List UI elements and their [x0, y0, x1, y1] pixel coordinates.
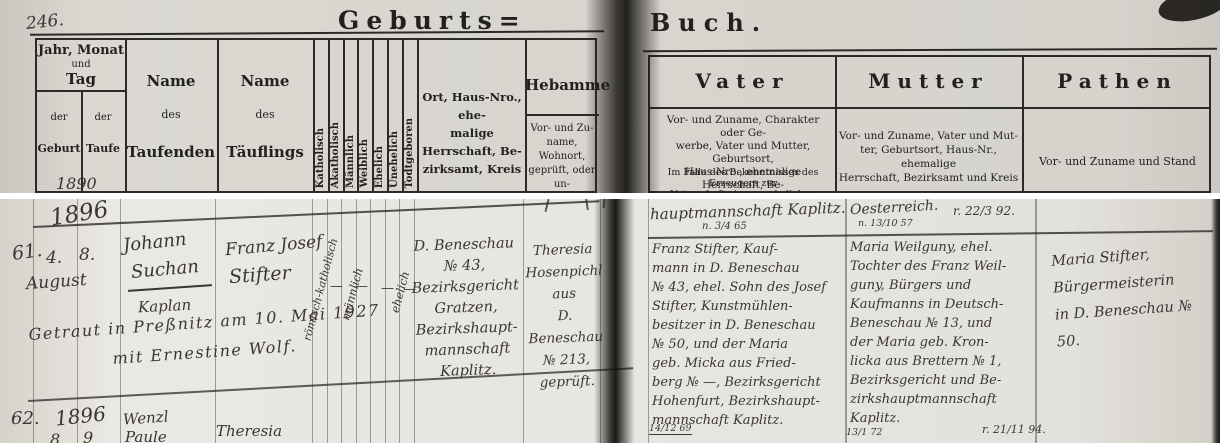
previous-entry-mother-fragment: Oesterreich. [850, 199, 939, 218]
vertical-col-katholisch: Katholisch [315, 128, 326, 188]
entry-61-year: 1896 [48, 199, 110, 231]
column-line [370, 199, 371, 443]
previous-entry-father-date: n. 3/4 65 [702, 221, 747, 232]
child-col-line2: des [217, 108, 313, 121]
entry-62-child-name: Theresia [216, 422, 282, 440]
column-dash: — [381, 281, 394, 296]
column-dash: — [355, 279, 368, 294]
date-header-line2: und [37, 59, 125, 70]
vertical-col-ehelich: Ehelich [374, 146, 385, 188]
father-col-title: Vater [650, 69, 835, 93]
entry-61-child-first-names: Franz Josef [224, 232, 323, 260]
book-gutter-shadow [585, 0, 661, 193]
entry-61-baptizer-first-name: Johann [122, 229, 187, 257]
entry-61-child-last-name: Stifter [228, 262, 291, 288]
entry-61-birth-day: 4. [46, 248, 62, 268]
date-header-line1: Jahr, Monat [37, 43, 125, 58]
column-line [648, 199, 649, 443]
godparents-col-title: Pathen [1022, 69, 1213, 93]
baptism-sub-line2: Taufe [81, 142, 125, 155]
left-header-table: Jahr, Monat und Tag der Geburt der Taufe… [35, 38, 597, 193]
father-col-note: Im Falle des Bekenntnisses des Erzeugers… [653, 167, 833, 193]
vertical-col-todtgeboren: Todtgeboren [404, 118, 415, 189]
baptizer-col-line3: Taufenden [125, 143, 217, 161]
mother-col-desc: Vor- und Zuname, Vater und Mut- ter, Geb… [838, 129, 1019, 185]
column-line [33, 199, 34, 443]
entry-61-baptizer-title: Kaplan [138, 296, 192, 317]
birth-sub-line1: der [37, 112, 81, 123]
entry-62-birth-day: 8 [50, 430, 60, 443]
page-number: 246. [25, 10, 65, 34]
baptism-sub-line1: der [81, 112, 125, 123]
child-col-line1: Name [217, 72, 313, 90]
entry-61-godparent: Maria Stifter, Bürgermeisterin in D. Ben… [1050, 237, 1219, 356]
entry-61-father: Franz Stifter, Kauf- mann in D. Benescha… [652, 240, 844, 430]
entry-61-birthplace: D. Beneschau № 43, Bezirksgericht Gratze… [402, 233, 529, 384]
photo-edge-shadow [1211, 199, 1220, 443]
entry-61-number: 61. [11, 239, 44, 265]
photo-corner-shadow [1156, 0, 1220, 27]
entry-61-month: August [25, 270, 87, 294]
entry-62-baptism-day: 9 [83, 428, 93, 443]
column-dash: — [330, 279, 343, 294]
entry-61-marriage-note-line2: mit Ernestine Wolf. [112, 336, 297, 368]
entry-61-mother-note: r. 21/11 94. [982, 423, 1046, 436]
baptizer-underline-flourish [128, 284, 212, 292]
entries-strip: 61. 1896 4. 8. August Getraut in Preßnit… [0, 199, 1220, 443]
book-gutter-shadow [594, 199, 646, 443]
entry-62-year: 1896 [54, 401, 107, 430]
birth-sub-line2: Geburt [37, 142, 81, 155]
entry-61-baptizer-last-name: Suchan [130, 256, 199, 283]
baptizer-col-line1: Name [125, 72, 217, 90]
birth-register-scan: 246. Geburts= Buch. 1890 Jahr, Monat und… [0, 0, 1220, 443]
vertical-col-unehelich: Unehelich [389, 131, 400, 188]
date-sub-divider [81, 90, 83, 191]
vertical-col-weiblich: Weiblich [359, 139, 370, 188]
previous-entry-mother-note: r. 22/3 92. [953, 204, 1015, 218]
place-col-header: Ort, Haus-Nro., ehe- malige Herrschaft, … [419, 88, 525, 178]
entry-62-baptizer-last-name: Paule [125, 428, 167, 443]
date-header-line3: Tag [37, 70, 125, 88]
entry-61-sex: männlich [331, 238, 374, 350]
entry-61-mother-birthdate: 13/1 72 [846, 427, 882, 438]
cut-stroke [544, 199, 549, 212]
right-page-top-rule [643, 48, 1217, 53]
row-separator-left [33, 200, 599, 227]
page-title-right: Buch. [650, 8, 768, 37]
vertical-col-akatholisch: Akatholisch [330, 122, 341, 188]
entry-61-mother: Maria Weilguny, ehel. Tochter des Franz … [850, 238, 1050, 428]
header-strip: 246. Geburts= Buch. 1890 Jahr, Monat und… [0, 0, 1220, 193]
entry-61-baptism-day: 8. [79, 245, 95, 265]
mother-col-title: Mutter [835, 69, 1022, 93]
godparents-col-desc: Vor- und Zuname und Stand [1022, 155, 1213, 168]
previous-entry-mother-date: n. 13/10 57 [858, 218, 913, 229]
child-col-line3: Täuflings [217, 143, 313, 161]
entry-62-baptizer-first-name: Wenzl [122, 407, 169, 428]
right-header-table: Vater Mutter Pathen Vor- und Zuname, Cha… [648, 55, 1211, 193]
vertical-col-maennlich: Männlich [345, 135, 356, 188]
previous-entry-father-fragment: hauptmannschaft Kaplitz. [650, 199, 846, 223]
titles-divider [650, 107, 1209, 109]
entry-61-father-birthdate: 14/12 69 [649, 423, 692, 435]
baptizer-col-line2: des [125, 108, 217, 121]
entry-62-number: 62. [11, 408, 40, 429]
